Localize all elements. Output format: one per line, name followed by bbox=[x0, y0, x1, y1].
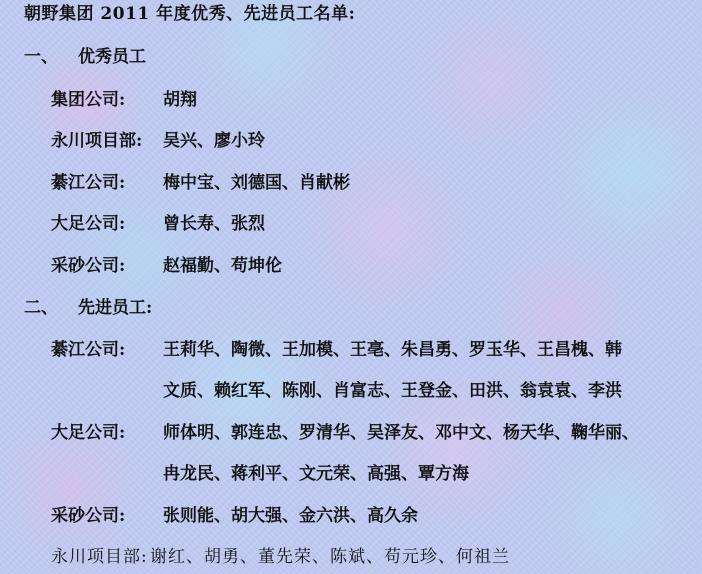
entry-names: 赵福勤、苟坤伦 bbox=[163, 255, 282, 277]
entry-unit: 永川项目部: bbox=[51, 546, 148, 568]
entry-names: 曾长寿、张烈 bbox=[163, 213, 265, 235]
entry-names-line: 王莉华、陶微、王加模、王亳、朱昌勇、罗玉华、王昌槐、韩 bbox=[163, 339, 622, 361]
entry-names: 吴兴、廖小玲 bbox=[163, 130, 265, 152]
entry-names: 梅中宝、刘德国、肖献彬 bbox=[163, 172, 350, 194]
entry-names-line: 师体明、郭连忠、罗清华、吴泽友、邓中文、杨天华、鞠华丽、 bbox=[163, 422, 639, 444]
entry-unit: 永川项目部: bbox=[51, 130, 142, 152]
entry-unit: 綦江公司: bbox=[51, 339, 125, 361]
entry-names: 张则能、胡大强、金六洪、高久余 bbox=[163, 505, 418, 527]
entry-names-line: 冉龙民、蒋利平、文元荣、高强、覃方海 bbox=[163, 463, 469, 485]
entry-unit: 大足公司: bbox=[51, 213, 125, 235]
award-list-document: 朝野集团 2011 年度优秀、先进员工名单: 一、优秀员工 集团公司: 胡翔 永… bbox=[0, 0, 702, 574]
section-number: 一、 bbox=[24, 46, 78, 68]
entry-unit: 綦江公司: bbox=[51, 172, 125, 194]
section-title: 先进员工: bbox=[78, 298, 152, 318]
entry-unit: 大足公司: bbox=[51, 422, 125, 444]
entry-names: 胡翔 bbox=[163, 89, 197, 111]
section-heading-advanced: 二、先进员工: bbox=[24, 297, 152, 319]
entry-names-line: 文质、赖红军、陈刚、肖富志、王登金、田洪、翁袁袁、李洪 bbox=[163, 380, 622, 402]
entry-unit: 集团公司: bbox=[51, 89, 125, 111]
entry-unit: 采砂公司: bbox=[51, 505, 125, 527]
document-title: 朝野集团 2011 年度优秀、先进员工名单: bbox=[24, 3, 355, 25]
section-heading-excellent: 一、优秀员工 bbox=[24, 46, 146, 68]
section-number: 二、 bbox=[24, 297, 78, 319]
entry-names: 谢红、胡勇、董先荣、陈斌、苟元珍、何祖兰 bbox=[150, 546, 510, 568]
entry-unit: 采砂公司: bbox=[51, 255, 125, 277]
section-title: 优秀员工 bbox=[78, 47, 146, 67]
